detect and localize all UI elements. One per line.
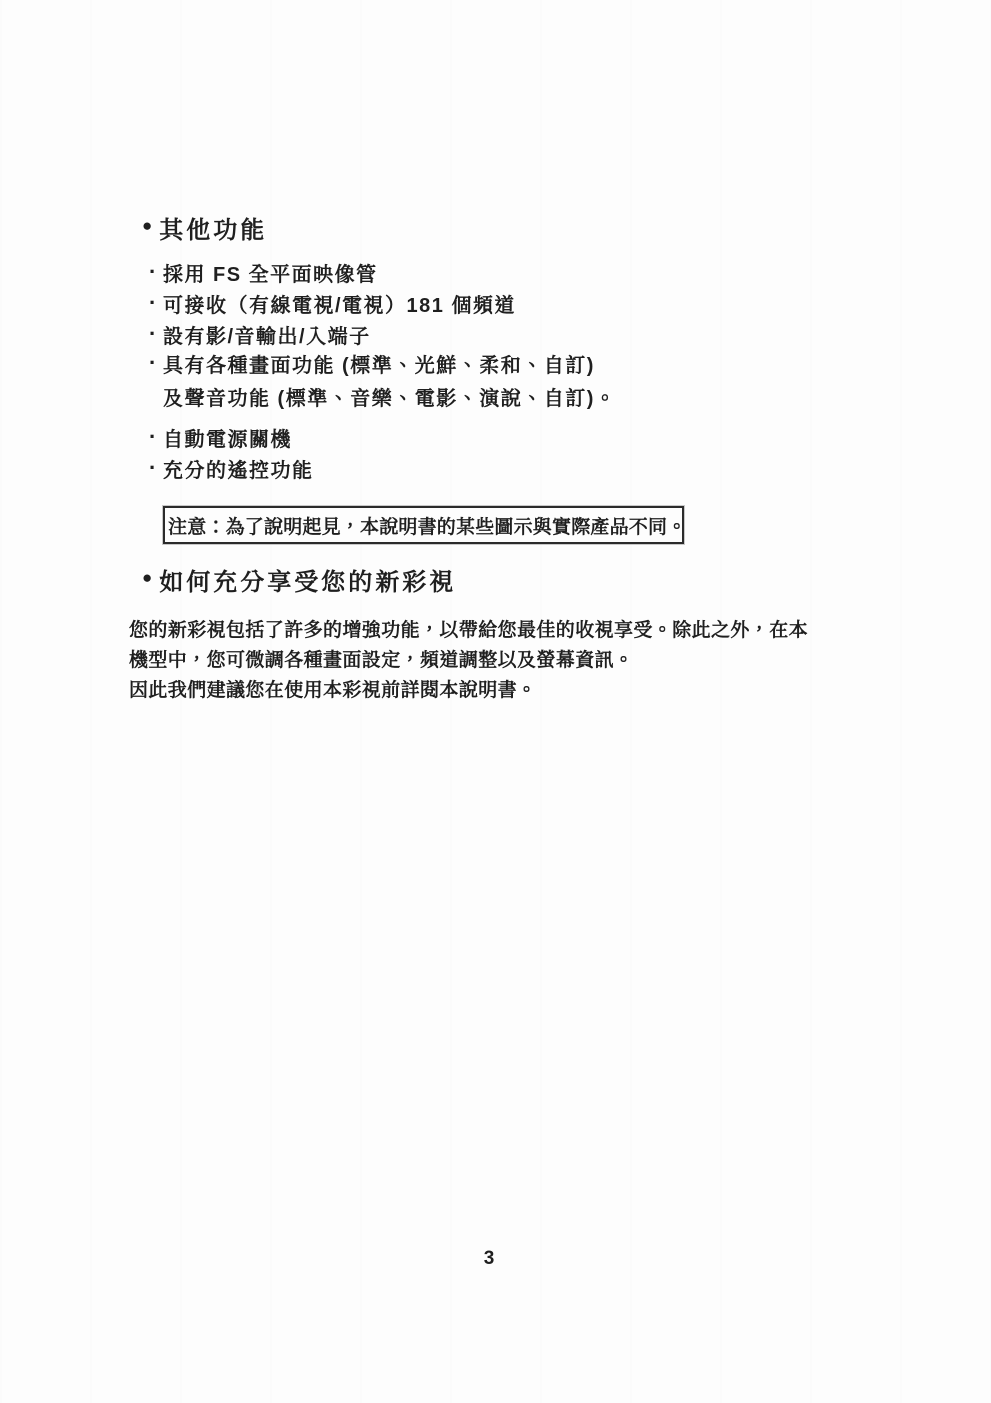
- feature-item-text: 自動電源關機: [163, 423, 292, 452]
- list-dot-icon: ·: [149, 350, 163, 376]
- section-title: 其他功能: [159, 210, 267, 245]
- manual-page: ● 其他功能 · 採用 FS 全平面映像管 · 可接收（有線電視/電視）181 …: [0, 0, 991, 1403]
- page-number: 3: [473, 1249, 505, 1269]
- note-text: 注意：為了說明起見，本說明書的某些圖示與實際產品不同。: [168, 512, 686, 539]
- paragraph-line: 機型中，您可微調各種畫面設定，頻道調整以及螢幕資訊。: [129, 646, 633, 676]
- feature-item: · 充分的遙控功能: [149, 454, 314, 482]
- feature-item-text: 及聲音功能 (標準、音樂、電影、演說、自訂)。: [163, 382, 616, 411]
- feature-item-text: 具有各種畫面功能 (標準、光鮮、柔和、自訂): [163, 349, 595, 378]
- feature-item-text: 可接收（有線電視/電視）181 個頻道: [163, 289, 516, 318]
- feature-item: · 具有各種畫面功能 (標準、光鮮、柔和、自訂): [149, 349, 595, 377]
- list-dot-icon: ·: [149, 259, 163, 285]
- section-heading-enjoy-tv: ● 如何充分享受您的新彩視: [142, 562, 456, 596]
- feature-item: · 自動電源關機: [149, 423, 292, 451]
- list-dot-icon: ·: [149, 424, 163, 450]
- feature-item-text: 採用 FS 全平面映像管: [163, 258, 378, 287]
- feature-item: · 可接收（有線電視/電視）181 個頻道: [149, 289, 516, 317]
- feature-item-text: 設有影/音輸出/入端子: [163, 320, 371, 349]
- paragraph-line: 因此我們建議您在使用本彩視前詳閱本說明書。: [129, 676, 536, 706]
- paragraph-line: 您的新彩視包括了許多的增強功能，以帶給您最佳的收視享受。除此之外，在本: [129, 616, 808, 646]
- list-dot-icon: ·: [149, 321, 163, 347]
- feature-item: · 採用 FS 全平面映像管: [149, 258, 378, 286]
- feature-item-continuation: 及聲音功能 (標準、音樂、電影、演說、自訂)。: [149, 382, 616, 410]
- section-title: 如何充分享受您的新彩視: [159, 562, 456, 597]
- feature-item: · 設有影/音輸出/入端子: [149, 320, 371, 348]
- list-dot-icon: ·: [149, 290, 163, 316]
- section-bullet-icon: ●: [142, 568, 152, 588]
- note-box: 注意：為了說明起見，本說明書的某些圖示與實際產品不同。: [163, 506, 684, 544]
- list-dot-icon: ·: [149, 455, 163, 481]
- section-bullet-icon: ●: [142, 216, 152, 236]
- section-heading-other-features: ● 其他功能: [142, 210, 267, 244]
- feature-item-text: 充分的遙控功能: [163, 454, 314, 483]
